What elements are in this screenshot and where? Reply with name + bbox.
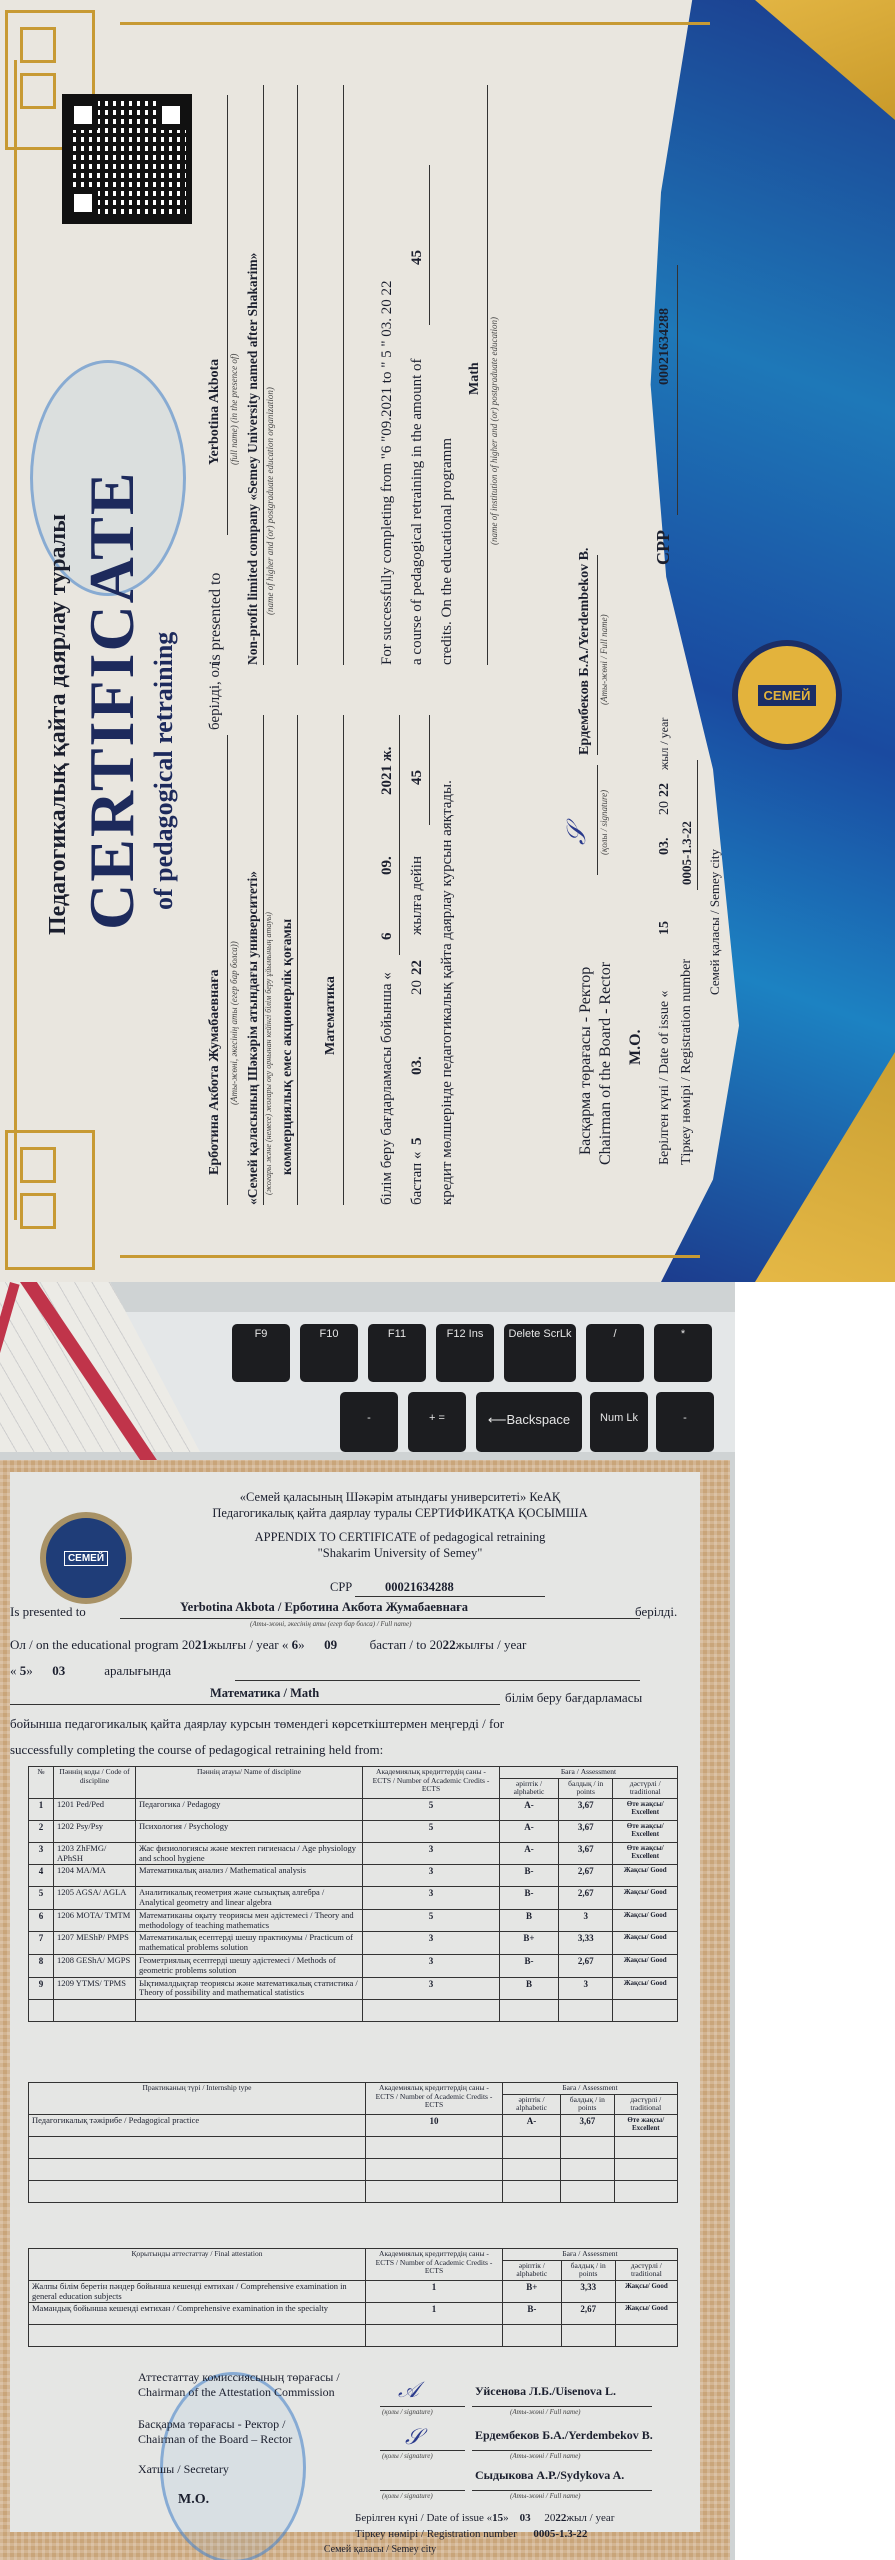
to-year: 22 bbox=[409, 960, 426, 975]
certificate-title: CERTIFICATE bbox=[75, 470, 149, 930]
key-slash: / bbox=[586, 1324, 644, 1382]
appendix-page: СЕМЕЙ «Семей қаласының Шәкәрім атындағы … bbox=[10, 1472, 700, 2532]
signer-role-en: Chairman of the Attestation Commission bbox=[138, 2385, 335, 2400]
disciplines-table: № Пәннің коды / Code of discipline Пәнні… bbox=[28, 1766, 678, 2022]
credits-kz: 45 bbox=[409, 770, 426, 785]
cpp-number: 00021634288 bbox=[385, 1580, 454, 1595]
text-presented: Is presented to bbox=[10, 1604, 86, 1620]
issue-date-line: Берілген күні / Date of issue «15» 03 20… bbox=[355, 2512, 614, 2524]
cpp-label: CPP bbox=[330, 1580, 352, 1595]
text-presented: is presented to bbox=[207, 573, 225, 665]
caption: (қолы / signature) bbox=[599, 790, 609, 855]
text: жыл / year bbox=[657, 718, 672, 770]
table-row bbox=[29, 2158, 678, 2180]
table-row: 11201 Ped/PedПедагогика / Pedagogy5A-3,6… bbox=[29, 1798, 678, 1820]
table-row bbox=[29, 2180, 678, 2202]
certificate-title-kz: Педагогикалық қайта даярлау туралы bbox=[45, 514, 72, 935]
table-row: Мамандық бойынша кешенді емтихан / Compr… bbox=[29, 2303, 678, 2325]
caption: (жоғары және (немесе) жоғары оқу орнынан… bbox=[264, 912, 273, 1195]
certificate-photo: СЕМЕЙ Педагогикалық қайта даярлау туралы… bbox=[0, 0, 895, 1282]
caption: (Аты-жөні / Full name) bbox=[599, 614, 609, 705]
institution-kz: «Семей қаласының Шәкәрім атындағы универ… bbox=[245, 871, 261, 1205]
table-row: 71207 MEShP/ PMPSМатематикалық есептерді… bbox=[29, 1932, 678, 1955]
rector-name: Ердембеков Б.А./Yerdembekov B. bbox=[577, 548, 593, 755]
signature: 𝒜 bbox=[398, 2377, 419, 2403]
final-attestation-table: Қорытынды аттестаттау / Final attestatio… bbox=[28, 2248, 678, 2347]
completion-text-2: successfully completing the course of pe… bbox=[10, 1742, 383, 1758]
recipient: Yerbotina Akbota / Ерботина Акбота Жумаб… bbox=[180, 1600, 468, 1615]
issue-date-label: Берілген күні / Date of issue « bbox=[657, 990, 673, 1165]
signer-role-kz: Басқарма төрағасы - Ректор bbox=[577, 967, 595, 1155]
text: жылға дейін bbox=[409, 856, 426, 935]
program-en: Math bbox=[467, 362, 483, 395]
registration-number: 0005-1.3-22 bbox=[679, 821, 695, 885]
to-month: 03. bbox=[409, 1056, 426, 1075]
cpp-number: 00021634288 bbox=[657, 308, 673, 385]
table-row: 51205 AGSA/ AGLAАналитикалық геометрия ж… bbox=[29, 1887, 678, 1910]
from-year: 2021 ж. bbox=[379, 747, 396, 795]
signer-role: Хатшы / Secretary bbox=[138, 2462, 229, 2477]
caption: (Аты-жөні / Full name) bbox=[510, 2492, 581, 2500]
program-line-2: « 5» 03 аралығында bbox=[10, 1663, 171, 1679]
table-row: 21202 Psy/PsyПсихология / Psychology5A-3… bbox=[29, 1820, 678, 1842]
signer-name: Уйсенова Л.Б./Uisenova L. bbox=[475, 2384, 616, 2399]
key-backspace: ⟵Backspace bbox=[476, 1392, 582, 1452]
table-row: 81208 GEShA/ MGPSГеометриялық есептерді … bbox=[29, 1955, 678, 1978]
caption: (қолы / signature) bbox=[382, 2452, 433, 2460]
caption: (Аты-жөні, әкесінің аты (егер бар болса)… bbox=[250, 1620, 411, 1628]
institution-en: Non-profit limited company «Semey Univer… bbox=[245, 253, 261, 665]
city: Семей қаласы / Semey city bbox=[230, 2544, 530, 2555]
key-numpad-minus: - bbox=[656, 1392, 714, 1452]
program-line-1: Ол / on the educational program 2021жылғ… bbox=[10, 1637, 526, 1653]
stamp-placeholder: М.О. bbox=[178, 2492, 209, 2508]
caption: (Аты-жөні / Full name) bbox=[510, 2408, 581, 2416]
signer-role-en: Chairman of the Board – Rector bbox=[138, 2432, 292, 2447]
appendix-photo: F9 F10 F11 F12 Ins Delete ScrLk / * - + … bbox=[0, 1282, 735, 2560]
key-f11: F11 bbox=[368, 1324, 426, 1382]
program-kz: Математика bbox=[323, 976, 339, 1055]
certificate-rotated-content: Педагогикалық қайта даярлау туралы CERTI… bbox=[17, 15, 877, 1265]
caption: (full name) (in the presence of) bbox=[229, 354, 239, 465]
header-en-2: "Shakarim University of Semey" bbox=[160, 1546, 640, 1561]
institution-kz-2: коммерциялық емес акционерлік қоғамы bbox=[279, 919, 295, 1175]
from-month: 09 bbox=[324, 1637, 337, 1652]
caption: (Аты-жөні / Full name) bbox=[510, 2452, 581, 2460]
signer-role-kz: Аттестаттау комиссиясының төрағасы / bbox=[138, 2370, 340, 2385]
header-kz-1: «Семей қаласының Шәкәрім атындағы универ… bbox=[160, 1490, 640, 1505]
from-month: 09. bbox=[379, 856, 396, 875]
text-berildi: берілді, ол bbox=[207, 663, 224, 730]
issue-year: 22 bbox=[657, 783, 673, 797]
signer-role-kz: Басқарма төрағасы - Ректор / bbox=[138, 2417, 286, 2432]
to-year: 22 bbox=[443, 1637, 456, 1652]
table-row bbox=[29, 2325, 678, 2347]
table-row: 41204 MA/MAМатематикалық анализ / Mathem… bbox=[29, 1865, 678, 1887]
issue-day: 15 bbox=[492, 2512, 503, 2524]
key-numlock: Num Lk bbox=[590, 1392, 648, 1452]
to-month: 03 bbox=[52, 1663, 65, 1678]
from-day: 6 bbox=[379, 933, 396, 941]
text: бастап « bbox=[409, 1152, 426, 1205]
registration-line: Тіркеу нөмірі / Registration number 0005… bbox=[355, 2528, 587, 2540]
key-f10: F10 bbox=[300, 1324, 358, 1382]
signer-name: Ердембеков Б.А./Yerdembekov B. bbox=[475, 2428, 653, 2443]
table-row: 61206 MOTA/ TMTMМатематиканы оқыту теори… bbox=[29, 1909, 678, 1932]
certificate-subtitle: of pedagogical retraining bbox=[149, 632, 179, 910]
text: білім беру бағдарламасы бойынша « bbox=[379, 972, 396, 1205]
to-year-prefix: 20 bbox=[409, 980, 426, 995]
appendix-document: СЕМЕЙ «Семей қаласының Шәкәрім атындағы … bbox=[0, 1460, 730, 2560]
key-equals: + = bbox=[408, 1392, 466, 1452]
caption: (қолы / signature) bbox=[382, 2408, 433, 2416]
table-row bbox=[29, 2000, 678, 2022]
caption: (name of institution of higher and (or) … bbox=[489, 317, 499, 545]
cpp-label: CPP bbox=[653, 530, 674, 565]
signer-name: Сыдыкова А.Р./Sydykova A. bbox=[475, 2468, 624, 2483]
header-kz-2: Педагогикалық қайта даярлау туралы СЕРТИ… bbox=[160, 1506, 640, 1521]
internship-table: Практиканың түрі / Internship type Акаде… bbox=[28, 2082, 678, 2203]
text: a course of pedagogical retraining in th… bbox=[409, 358, 426, 665]
text-berildi: берілді. bbox=[635, 1604, 677, 1620]
issue-month: 03 bbox=[520, 2512, 531, 2524]
recipient-kz: Ерботина Акбота Жумабаевнаға bbox=[207, 969, 223, 1175]
completion-text-1: бойынша педагогикалық қайта даярлау курс… bbox=[10, 1716, 504, 1732]
table-row: 91209 YTMS/ TPMSЫқтималдықтар теориясы ж… bbox=[29, 1977, 678, 2000]
stamp-placeholder: М.О. bbox=[627, 1029, 645, 1065]
caption: (қолы / signature) bbox=[382, 2492, 433, 2500]
signature: 𝒮 bbox=[405, 2424, 422, 2450]
key-minus: - bbox=[340, 1392, 398, 1452]
key-delete: Delete ScrLk bbox=[504, 1324, 576, 1382]
issue-day: 15 bbox=[657, 921, 673, 935]
recipient-en: Yerbotina Akbota bbox=[207, 359, 223, 465]
issue-month: 03. bbox=[657, 838, 673, 856]
text: credits. On the educational programm bbox=[439, 438, 456, 665]
key-f9: F9 bbox=[232, 1324, 290, 1382]
table-row: Жалпы білім беретін пәндер бойынша кешен… bbox=[29, 2280, 678, 2303]
caption: (name of higher and (or) postgraduate ed… bbox=[265, 387, 275, 615]
credits-en: 45 bbox=[409, 250, 426, 265]
issue-year: 22 bbox=[555, 2512, 566, 2524]
registration-label: Тіркеу нөмірі / Registration number bbox=[679, 959, 695, 1165]
certificate-page: СЕМЕЙ Педагогикалық қайта даярлау туралы… bbox=[0, 0, 895, 1282]
university-logo: СЕМЕЙ bbox=[40, 1512, 132, 1604]
from-day: 6 bbox=[292, 1637, 299, 1652]
header-en-1: APPENDIX TO CERTIFICATE of pedagogical r… bbox=[160, 1530, 640, 1545]
key-f12: F12 Ins bbox=[436, 1324, 494, 1382]
issue-year-prefix: 20 bbox=[657, 801, 673, 815]
table-row: Педагогикалық тәжірибе / Pedagogical pra… bbox=[29, 2114, 678, 2136]
table-row: 31203 ZhFMG/ APhSHЖас физиологиясы және … bbox=[29, 1842, 678, 1865]
completion-dates-en: For successfully completing from "6 "09.… bbox=[379, 281, 396, 665]
program-name: Математика / Math bbox=[210, 1686, 319, 1701]
registration-number: 0005-1.3-22 bbox=[533, 2528, 587, 2540]
city: Семей қаласы / Semey city bbox=[707, 849, 723, 995]
from-year: 21 bbox=[195, 1637, 208, 1652]
to-day: 5 bbox=[409, 1138, 426, 1146]
table-row bbox=[29, 2136, 678, 2158]
caption: (Аты-жөні, әкесінің аты (егер бар болса)… bbox=[229, 941, 239, 1105]
text: білім беру бағдарламасы bbox=[505, 1690, 642, 1706]
signature: 𝒮 bbox=[562, 825, 593, 845]
signer-role-en: Chairman of the Board - Rector bbox=[597, 962, 615, 1165]
completion-text-kz: кредит мөлшерінде педагогикалық қайта да… bbox=[439, 780, 456, 1205]
key-asterisk: * bbox=[654, 1324, 712, 1382]
to-day: 5 bbox=[20, 1663, 27, 1678]
